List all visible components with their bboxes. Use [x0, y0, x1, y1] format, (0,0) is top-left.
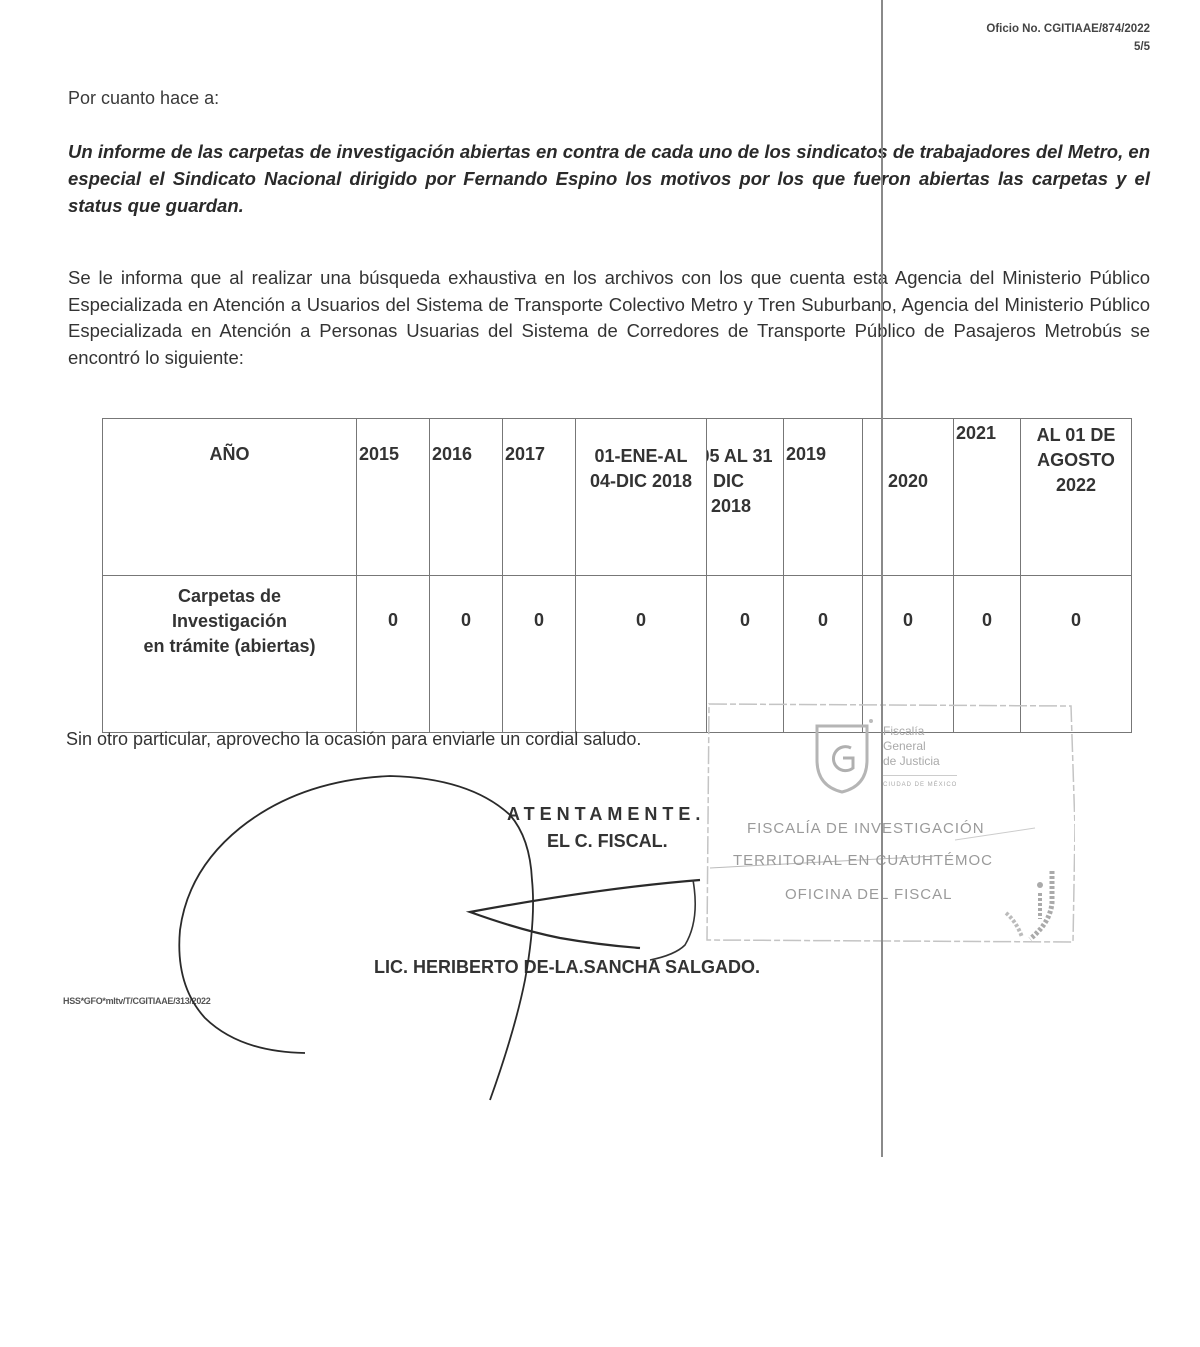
scan-fold-line [881, 0, 883, 1157]
handwritten-signature [0, 0, 1200, 1347]
